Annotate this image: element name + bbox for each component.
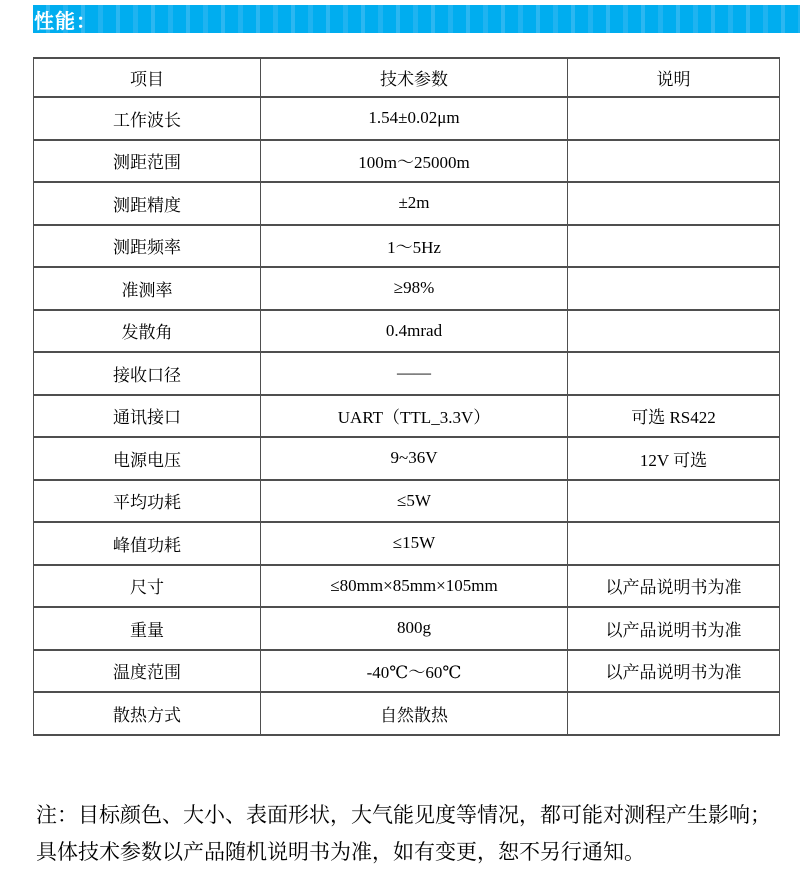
spec-table: 项目 技术参数 说明 工作波长1.54±0.02μm测距范围100m～25000… <box>33 57 780 736</box>
title-bar: 性能： <box>33 5 800 33</box>
table-row: 接收口径—— <box>34 352 780 395</box>
header-params: 技术参数 <box>261 58 568 97</box>
footnote-line-1: 注：目标颜色、大小、表面形状，大气能见度等情况，都可能对测程产生影响； <box>36 797 786 834</box>
cell-note: 可选 RS422 <box>568 395 780 438</box>
cell-note <box>568 692 780 735</box>
table-row: 散热方式自然散热 <box>34 692 780 735</box>
table-row: 通讯接口UART（TTL_3.3V）可选 RS422 <box>34 395 780 438</box>
cell-value: UART（TTL_3.3V） <box>261 395 568 438</box>
table-row: 重量800g以产品说明书为准 <box>34 607 780 650</box>
cell-note: 12V 可选 <box>568 437 780 480</box>
cell-item: 准测率 <box>34 267 261 310</box>
cell-value: ≥98% <box>261 267 568 310</box>
cell-value: ≤5W <box>261 480 568 523</box>
cell-value: —— <box>261 352 568 395</box>
cell-value: 9~36V <box>261 437 568 480</box>
cell-note <box>568 140 780 183</box>
table-row: 发散角0.4mrad <box>34 310 780 353</box>
cell-note <box>568 522 780 565</box>
table-row: 尺寸≤80mm×85mm×105mm以产品说明书为准 <box>34 565 780 608</box>
table-row: 测距频率1～5Hz <box>34 225 780 268</box>
cell-note <box>568 97 780 140</box>
cell-value: 100m～25000m <box>261 140 568 183</box>
cell-item: 接收口径 <box>34 352 261 395</box>
cell-value: ≤80mm×85mm×105mm <box>261 565 568 608</box>
cell-note <box>568 352 780 395</box>
cell-value: -40℃～60℃ <box>261 650 568 693</box>
cell-item: 重量 <box>34 607 261 650</box>
cell-note: 以产品说明书为准 <box>568 650 780 693</box>
cell-value: 1.54±0.02μm <box>261 97 568 140</box>
cell-note: 以产品说明书为准 <box>568 565 780 608</box>
page-title: 性能： <box>33 5 97 34</box>
header-item: 项目 <box>34 58 261 97</box>
table-row: 温度范围-40℃～60℃以产品说明书为准 <box>34 650 780 693</box>
cell-item: 工作波长 <box>34 97 261 140</box>
table-row: 准测率≥98% <box>34 267 780 310</box>
cell-item: 测距精度 <box>34 182 261 225</box>
table-row: 峰值功耗≤15W <box>34 522 780 565</box>
cell-value: 1～5Hz <box>261 225 568 268</box>
cell-note <box>568 182 780 225</box>
cell-item: 发散角 <box>34 310 261 353</box>
cell-value: 0.4mrad <box>261 310 568 353</box>
footnote: 注：目标颜色、大小、表面形状，大气能见度等情况，都可能对测程产生影响； 具体技术… <box>36 797 786 871</box>
cell-value: 自然散热 <box>261 692 568 735</box>
table-row: 电源电压9~36V12V 可选 <box>34 437 780 480</box>
table-header-row: 项目 技术参数 说明 <box>34 58 780 97</box>
cell-item: 平均功耗 <box>34 480 261 523</box>
footnote-line-2: 具体技术参数以产品随机说明书为准，如有变更，恕不另行通知。 <box>36 834 786 871</box>
header-note: 说明 <box>568 58 780 97</box>
table-row: 测距范围100m～25000m <box>34 140 780 183</box>
cell-item: 测距范围 <box>34 140 261 183</box>
cell-item: 温度范围 <box>34 650 261 693</box>
cell-item: 尺寸 <box>34 565 261 608</box>
table-row: 工作波长1.54±0.02μm <box>34 97 780 140</box>
cell-item: 峰值功耗 <box>34 522 261 565</box>
cell-value: ±2m <box>261 182 568 225</box>
cell-item: 通讯接口 <box>34 395 261 438</box>
cell-note <box>568 225 780 268</box>
spec-table-body: 工作波长1.54±0.02μm测距范围100m～25000m测距精度±2m测距频… <box>34 97 780 735</box>
cell-value: ≤15W <box>261 522 568 565</box>
cell-value: 800g <box>261 607 568 650</box>
table-row: 测距精度±2m <box>34 182 780 225</box>
cell-item: 测距频率 <box>34 225 261 268</box>
cell-note <box>568 480 780 523</box>
cell-note: 以产品说明书为准 <box>568 607 780 650</box>
table-row: 平均功耗≤5W <box>34 480 780 523</box>
cell-note <box>568 310 780 353</box>
cell-item: 电源电压 <box>34 437 261 480</box>
cell-item: 散热方式 <box>34 692 261 735</box>
cell-note <box>568 267 780 310</box>
